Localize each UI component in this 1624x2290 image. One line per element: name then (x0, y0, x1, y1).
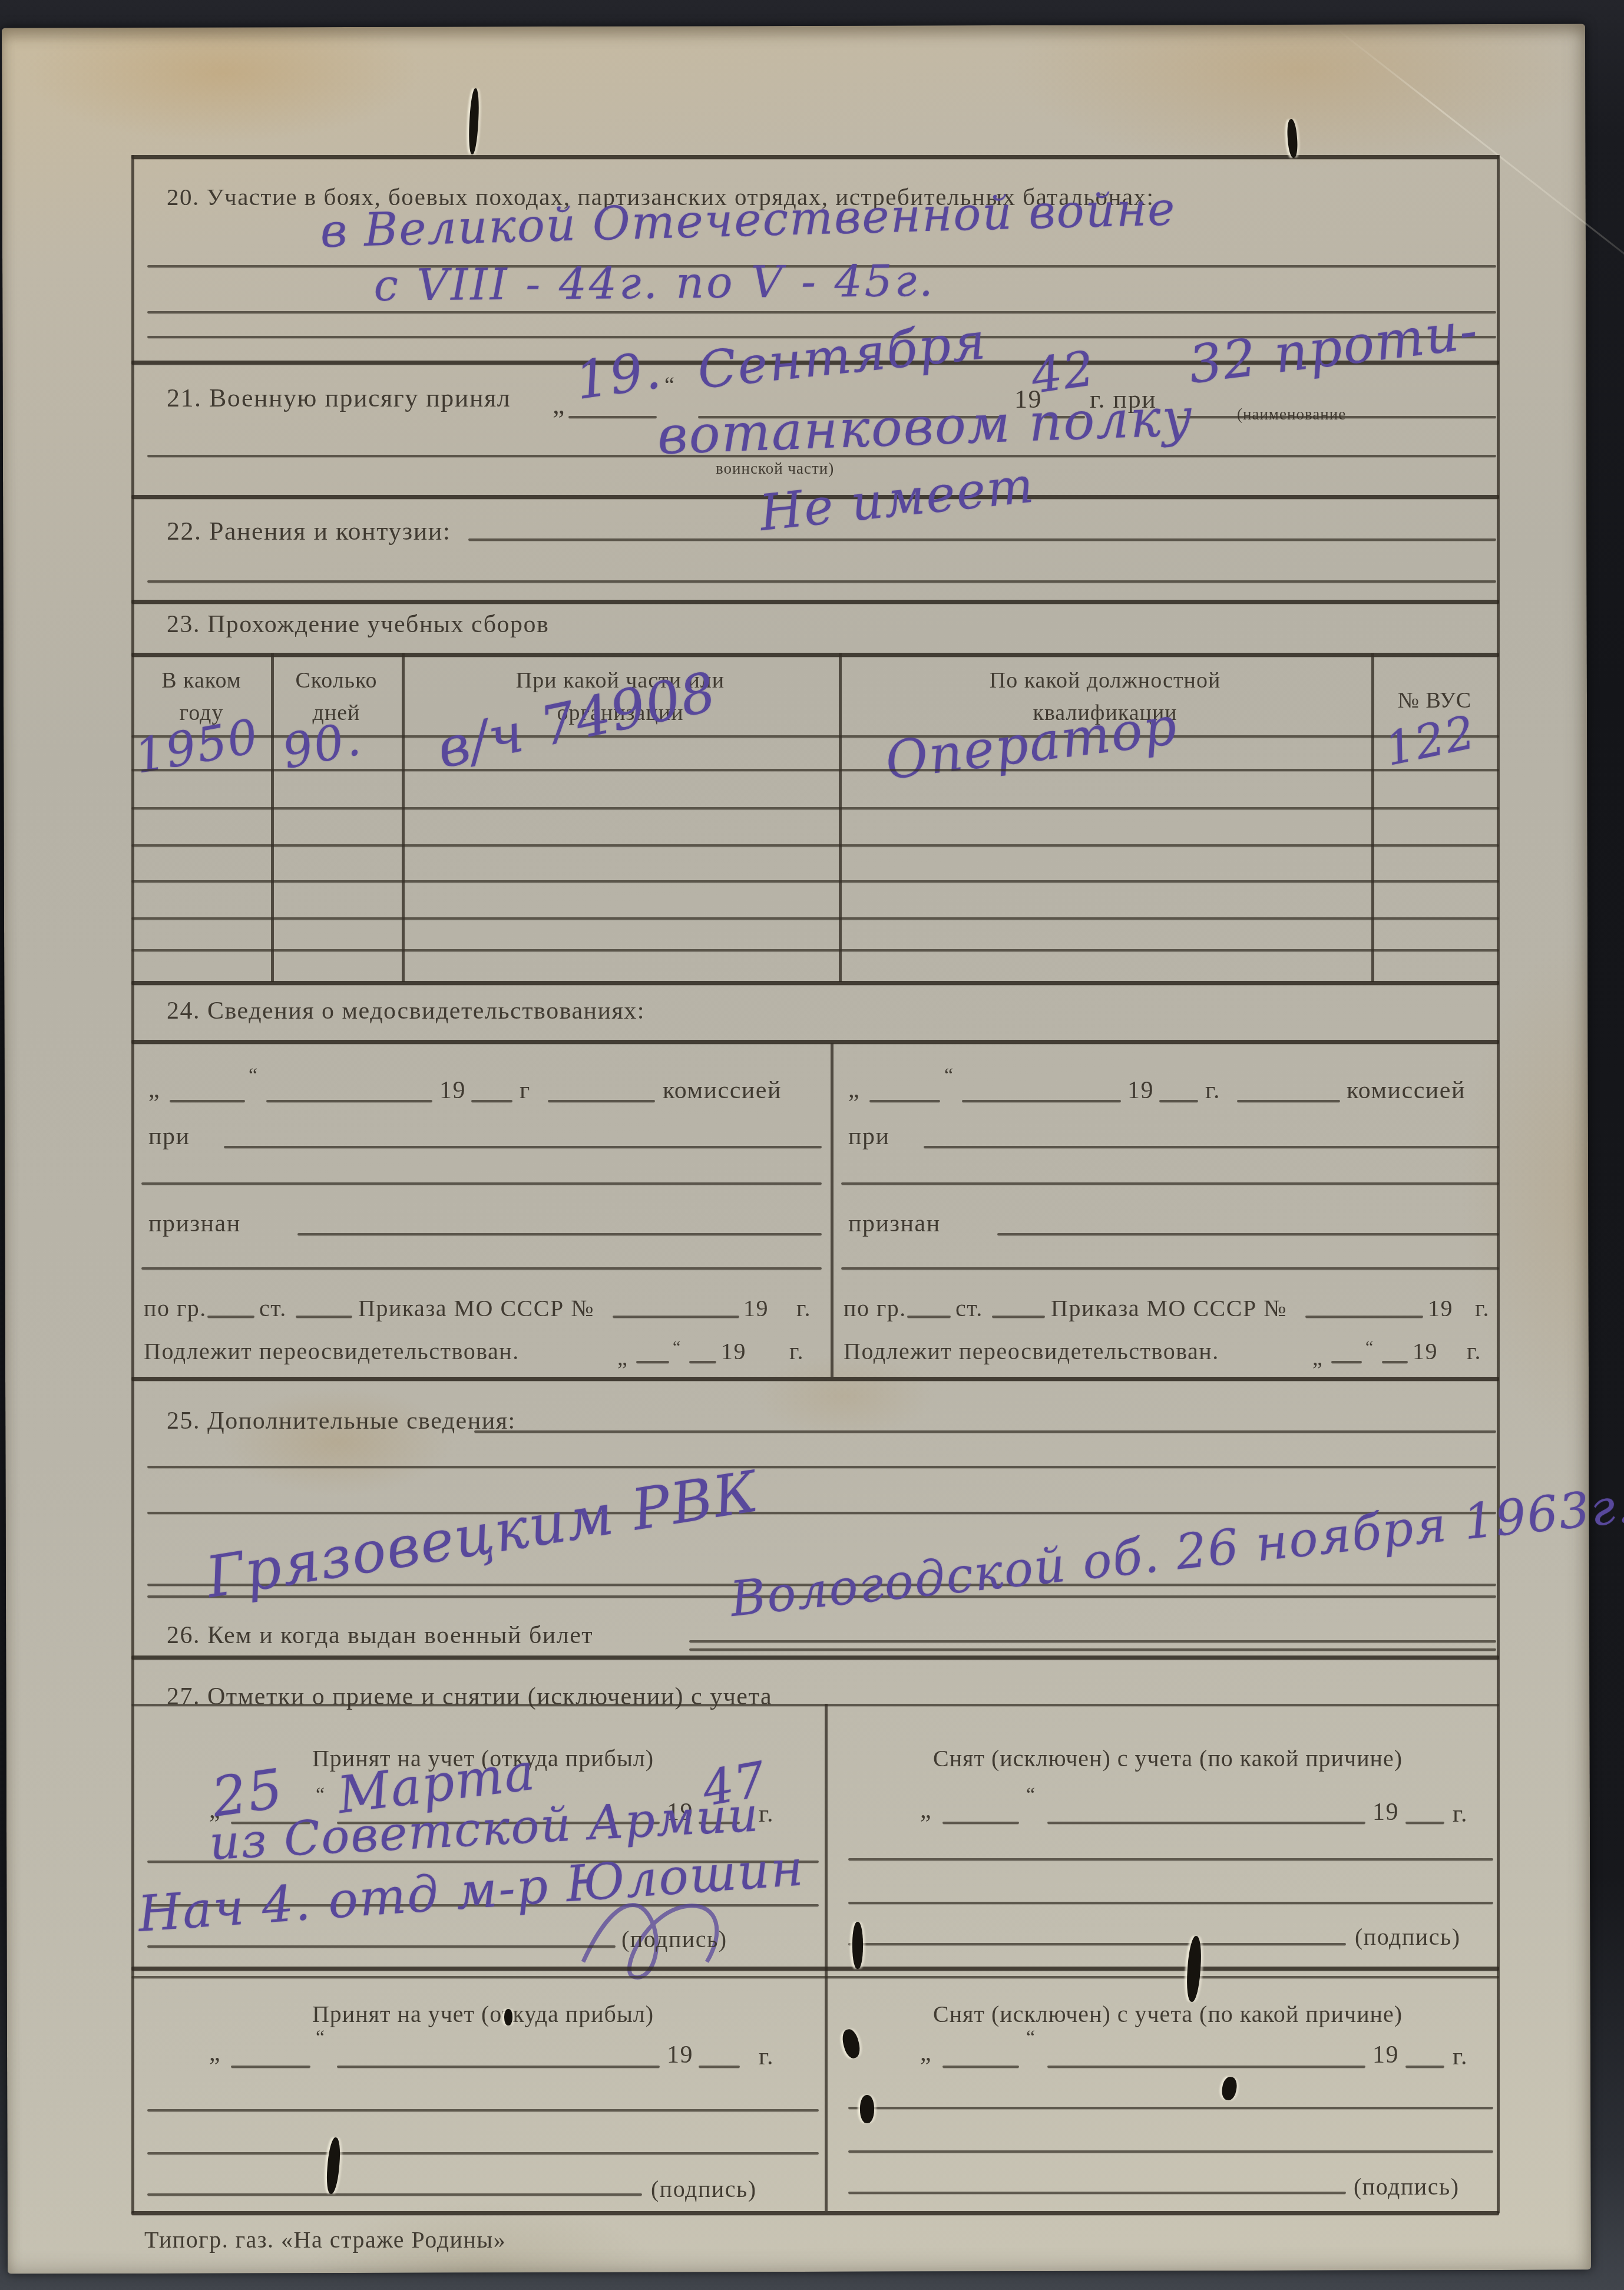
year-prefix: 19 (667, 2041, 693, 2069)
remove-header: Снят (исключен) с учета (по какой причин… (842, 1742, 1493, 1776)
frame-border-left (131, 155, 134, 2213)
year-g: г. (759, 2043, 774, 2071)
year-g: г. (1475, 1294, 1490, 1322)
signature-caption: (подпись) (621, 1925, 727, 1953)
open-quote: „ (920, 2038, 932, 2067)
open-quote: „ (617, 1345, 628, 1371)
field-27-label: 27. Отметки о приеме и снятии (исключени… (167, 1683, 772, 1711)
blank-line (1382, 1361, 1408, 1363)
blank-line (942, 1822, 1019, 1824)
table-row-divider (131, 1976, 1499, 1978)
field-21-hint-1: (наименование (1237, 405, 1346, 424)
ruled-line (147, 2152, 819, 2154)
blank-line (942, 2066, 1019, 2068)
blank-line (468, 538, 1496, 541)
signature-caption: (подпись) (1355, 1923, 1461, 1951)
by-group-label: по гр. (844, 1294, 907, 1322)
blank-line (207, 1316, 254, 1318)
ruled-line (841, 1267, 1499, 1270)
blank-line (689, 1648, 1496, 1651)
open-quote: „ (553, 389, 565, 420)
blank-line (1047, 2066, 1365, 2068)
year-g: г. (1453, 1800, 1468, 1828)
table-row-line (131, 880, 1499, 883)
at-label: при (148, 1122, 190, 1151)
blank-line (848, 1943, 1346, 1945)
signature-caption: (подпись) (651, 2175, 757, 2203)
field-23-label: 23. Прохождение учебных сборов (167, 610, 549, 639)
field-21-entry-day: 19. (572, 339, 666, 411)
blank-line (1159, 1100, 1198, 1102)
table-border-bottom (131, 981, 1499, 985)
year-prefix: 19 (1372, 2041, 1399, 2069)
blank-line (147, 1945, 616, 1948)
ruled-line (147, 311, 1496, 313)
blank-line (471, 1100, 512, 1102)
close-quote: “ (664, 372, 675, 398)
blank-line (231, 2066, 310, 2068)
open-quote: „ (209, 2038, 221, 2067)
blank-line (689, 1361, 716, 1363)
table-row-line (131, 844, 1499, 847)
blank-line (266, 1100, 432, 1102)
blank-line (997, 1233, 1499, 1235)
field-21-hint-2: воинской части) (716, 460, 834, 478)
year-prefix: 19 (1428, 1294, 1453, 1322)
blank-line (1237, 1100, 1340, 1102)
table-row-line (131, 807, 1499, 809)
blank-line (613, 1316, 739, 1318)
ruled-line (848, 1902, 1493, 1904)
year-prefix: 19 (1413, 1337, 1438, 1365)
close-quote: “ (944, 1065, 954, 1087)
close-quote: “ (316, 1784, 326, 1806)
by-group-label: по гр. (144, 1294, 207, 1322)
reexam-label: Подлежит переосвидетельствован. (144, 1337, 520, 1365)
at-label: при (848, 1122, 889, 1151)
year-g: г. (1453, 2043, 1468, 2071)
blank-line (170, 1100, 245, 1102)
table-border-top (131, 1704, 1499, 1706)
year-g: г (520, 1076, 531, 1105)
field-22-label: 22. Ранения и контузии: (167, 516, 451, 546)
year-prefix: 19 (743, 1294, 769, 1322)
field-26-label: 26. Кем и когда выдан военный билет (167, 1621, 593, 1650)
blank-line (568, 416, 657, 418)
year-prefix: 19 (439, 1076, 466, 1105)
ruled-line (147, 580, 1496, 583)
blank-line (224, 1146, 822, 1148)
med-column-divider (831, 1043, 834, 1377)
accept-header: Принят на учет (откуда прибыл) (147, 1997, 819, 2031)
column-header-vus: № ВУС (1374, 685, 1495, 717)
reexam-label: Подлежит переосвидетельствован. (844, 1337, 1219, 1365)
signature-caption: (подпись) (1354, 2173, 1460, 2200)
year-g: г. (796, 1294, 811, 1322)
blank-line (907, 1316, 951, 1318)
blank-line (636, 1361, 669, 1363)
recognized-label: признан (848, 1210, 941, 1238)
blank-line (1331, 1361, 1362, 1363)
order-label: Приказа МО СССР № (1051, 1294, 1287, 1322)
field-21-label: 21. Военную присягу принял (167, 383, 511, 413)
table-row-line (131, 949, 1499, 951)
paper-tear (852, 1922, 863, 1969)
year-g: г. (1467, 1337, 1481, 1365)
order-label: Приказа МО СССР № (358, 1294, 594, 1322)
close-quote: “ (249, 1065, 259, 1087)
table-row-divider (131, 1967, 1499, 1971)
close-quote: “ (1026, 1784, 1036, 1806)
close-quote: “ (1365, 1337, 1374, 1357)
section-divider (131, 1377, 1499, 1381)
blank-line (869, 1100, 940, 1102)
table-column-border (839, 653, 842, 982)
blank-line (474, 1430, 1496, 1433)
open-quote: „ (148, 1075, 160, 1103)
blank-line (337, 2066, 660, 2068)
table-row-line (131, 917, 1499, 920)
blank-line (1405, 1822, 1444, 1824)
close-quote: “ (1026, 2027, 1036, 2049)
field-25-label: 25. Дополнительные сведения: (167, 1407, 516, 1435)
remove-header: Снят (исключен) с учета (по какой причин… (842, 1997, 1493, 2031)
commission-label: комиссией (1347, 1076, 1466, 1105)
ruled-line (848, 1858, 1493, 1861)
section-divider (131, 600, 1499, 604)
blank-line (1405, 2066, 1444, 2068)
close-quote: “ (316, 2027, 326, 2049)
paper-tear (860, 2095, 874, 2123)
field-24-label: 24. Сведения о медосвидетельствованиях: (167, 997, 645, 1025)
ruled-line (147, 455, 1496, 457)
frame-border-bottom (131, 2211, 1499, 2215)
med-record-left: „ “ 19 г комиссией при признан по гр. ст… (141, 1040, 822, 1379)
article-label: ст. (955, 1294, 983, 1322)
year-prefix: 19 (721, 1337, 746, 1365)
table-column-border (402, 653, 405, 982)
table-border-top (131, 653, 1499, 657)
blank-line (147, 2193, 642, 2196)
year-prefix: 19 (1127, 1076, 1154, 1105)
paper-tear (504, 2009, 512, 2025)
med-record-right: „ “ 19 г. комиссией при признан по гр. с… (841, 1040, 1499, 1379)
commission-label: комиссией (663, 1076, 782, 1105)
close-quote: “ (673, 1337, 682, 1357)
ruled-line (841, 1182, 1499, 1185)
ruled-line (147, 1466, 1496, 1468)
table-row-line (131, 769, 1499, 771)
blank-line (548, 1100, 655, 1102)
ruled-line (147, 2109, 819, 2111)
blank-line (689, 1640, 1496, 1643)
print-shop-imprint: Типогр. газ. «На страже Родины» (144, 2226, 506, 2253)
blank-line (296, 1316, 352, 1318)
open-quote: „ (1312, 1345, 1323, 1371)
ruled-line (141, 1267, 822, 1270)
table-column-divider (825, 1704, 828, 2211)
recognized-label: признан (148, 1210, 241, 1238)
scanned-military-document: { "colors": { "background": "#17181c", "… (0, 0, 1624, 2290)
blank-line (1305, 1316, 1423, 1318)
article-label: ст. (259, 1294, 287, 1322)
year-g: г. (1205, 1076, 1221, 1105)
section-divider (131, 1655, 1499, 1660)
open-quote: „ (920, 1796, 932, 1824)
blank-line (992, 1316, 1045, 1318)
ruled-line (848, 2107, 1493, 2109)
ruled-line (848, 2150, 1493, 2153)
blank-line (699, 2066, 740, 2068)
year-prefix: 19 (1372, 1798, 1399, 1826)
blank-line (848, 2192, 1346, 2194)
blank-line (962, 1100, 1121, 1102)
open-quote: „ (848, 1075, 860, 1103)
blank-line (1047, 1822, 1365, 1824)
blank-line (924, 1146, 1499, 1148)
year-g: г. (789, 1337, 804, 1365)
ruled-line (141, 1182, 822, 1185)
blank-line (297, 1233, 822, 1235)
field-20-entry-line2: с VIII - 44г. по V - 45г. (373, 256, 935, 311)
